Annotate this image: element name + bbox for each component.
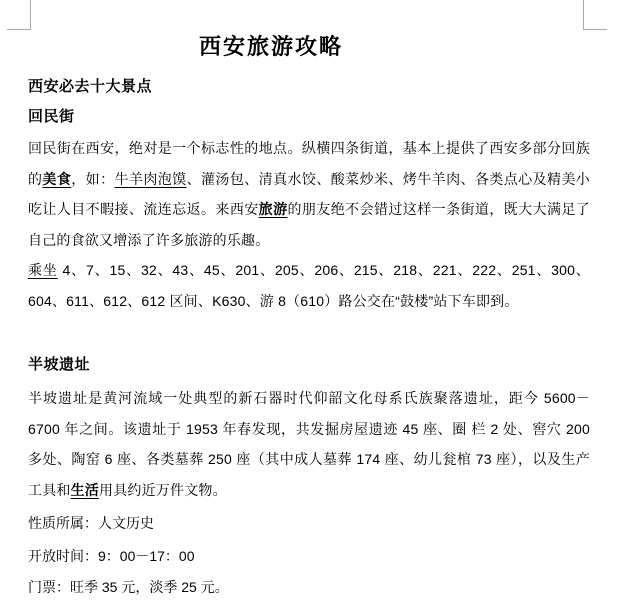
line-ticket-price: 门票：旺季 35 元，淡季 25 元。 — [28, 577, 590, 597]
text-segment: 旅游 — [259, 201, 288, 217]
text-segment: 生活 — [71, 482, 99, 498]
text-segment: 乘坐 — [28, 262, 58, 278]
text-segment: ，如： — [71, 171, 114, 187]
text-boundary-mark-top-left — [7, 0, 31, 30]
text-boundary-mark-top-right — [583, 0, 607, 30]
document-title: 西安旅游攻略 — [28, 32, 590, 62]
paragraph-banpo-intro: 半坡遗址是黄河流域一处典型的新石器时代仰韶文化母系氏族聚落遗址，距今 5600－… — [28, 383, 590, 505]
line-opening-hours: 开放时间：9：00－17：00 — [28, 546, 590, 566]
paragraph-huimin-intro: 回民街在西安，绝对是一个标志性的地点。纵横四条街道，基本上提供了西安多部分回族的… — [28, 133, 590, 255]
word-document-page: 西安旅游攻略 西安必去十大景点 回民街 回民街在西安，绝对是一个标志性的地点。纵… — [0, 0, 618, 606]
section-heading-top10: 西安必去十大景点 — [28, 75, 590, 99]
text-segment: 用具约近万件文物。 — [99, 482, 227, 498]
line-category: 性质所属：人文历史 — [28, 513, 590, 533]
paragraph-huimin-transport: 乘坐 4、7、15、32、43、45、201、205、206、215、218、2… — [28, 255, 590, 316]
spot-heading-banpo-site: 半坡遗址 — [28, 353, 590, 377]
text-segment: 美食 — [42, 171, 71, 187]
spot-heading-huimin-street: 回民街 — [28, 105, 590, 129]
text-segment: 4、7、15、32、43、45、201、205、206、215、218、221、… — [28, 262, 590, 309]
text-segment: 牛羊肉泡馍 — [115, 171, 187, 187]
